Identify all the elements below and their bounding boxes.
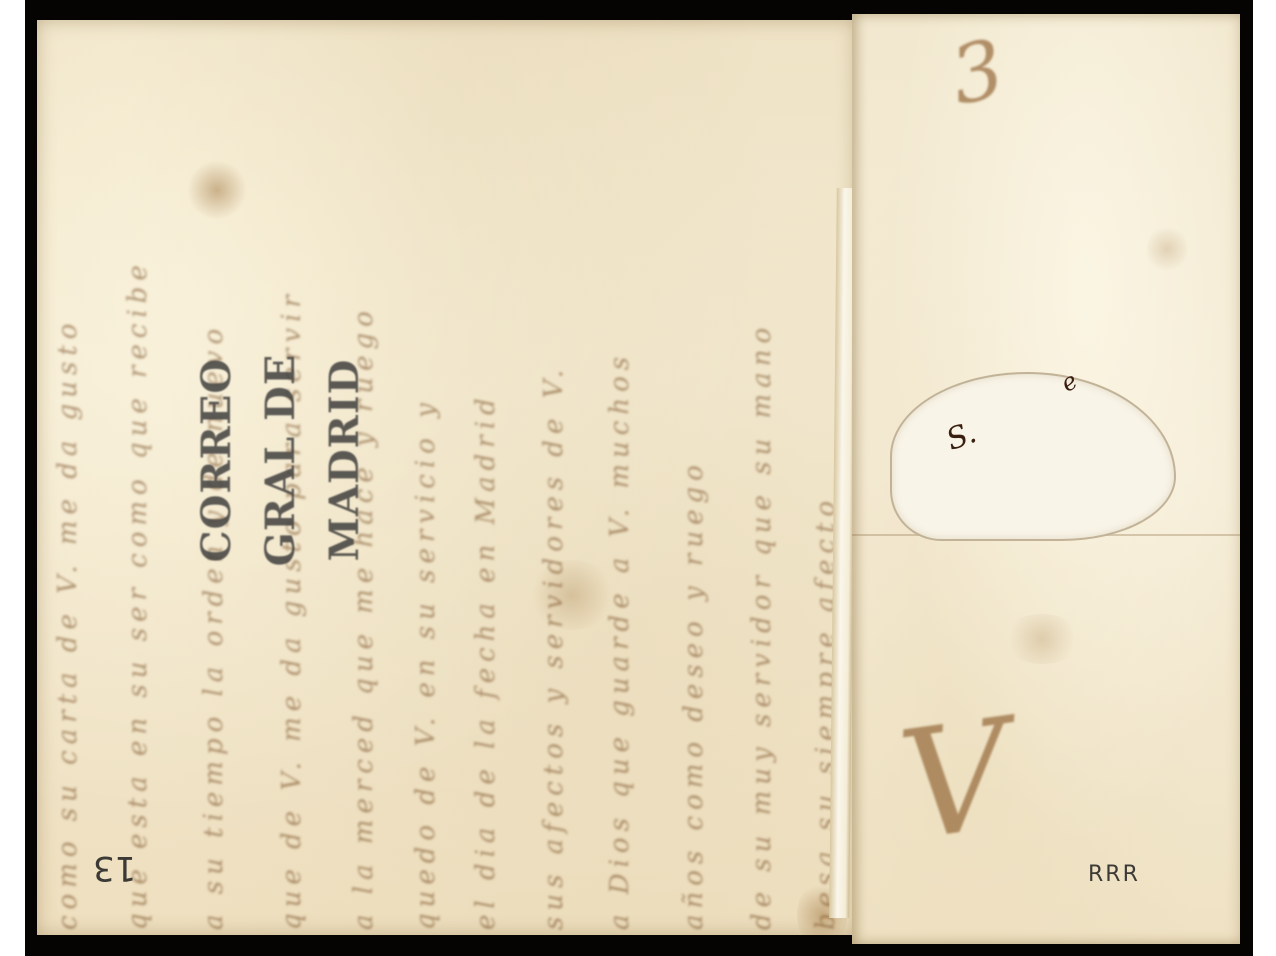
madrid-postmark: CORREO GRAL DE MADRID (85, 330, 405, 590)
bleed-through-script-line: como su carta de V. me da gusto (51, 50, 85, 930)
foxing-stain (187, 160, 247, 220)
manuscript-numeral: 3 (943, 22, 1012, 124)
tear-inscription: S. (942, 415, 981, 458)
postmark-line-correo: CORREO (185, 300, 249, 620)
bleed-through-script-line: de su muy servidor que su mano (745, 50, 779, 930)
bleed-through-script-line: el dia de la fecha en Madrid (469, 50, 503, 930)
bleed-through-script-line: quedo de V. en su servicio y (409, 50, 443, 930)
bleed-through-script-line: sus afectos y servidores de V. (537, 50, 571, 930)
postmark-line-gral-de: GRAL DE (249, 300, 313, 620)
bleed-through-script-line: a Dios que guarde a V. muchos (603, 50, 637, 930)
pencil-rarity-annotation: RRR (1088, 862, 1140, 887)
foxing-stain (1147, 224, 1187, 274)
postmark-line-madrid: MADRID (313, 300, 377, 620)
pencil-number-annotation: 13 (93, 848, 136, 888)
foxing-stain (1002, 614, 1082, 664)
manuscript-flourish: V (890, 687, 1021, 874)
foxing-stain (527, 560, 617, 630)
bleed-through-script-line: años como deseo y ruego (677, 50, 711, 930)
